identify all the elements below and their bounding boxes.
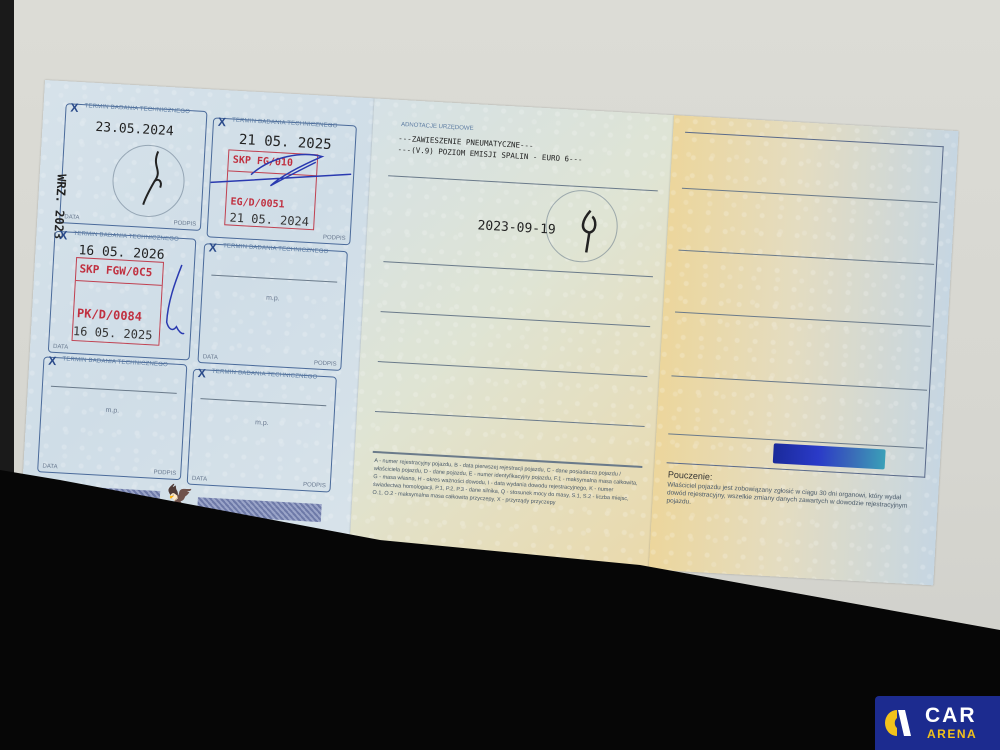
signature-icon [210, 142, 355, 200]
stamp-station-code: SKP FGW/0C5 [79, 262, 152, 279]
mp-label: m.p. [266, 295, 280, 303]
stamp-date: 16 05. 2025 [73, 324, 153, 342]
inspection-box-4: X TERMIN BADANIA TECHNICZNEGO m.p. DATA … [197, 243, 347, 371]
data-label: DATA [42, 463, 57, 470]
signature-icon [574, 206, 607, 258]
x-mark: X [48, 354, 57, 368]
stamp-date: 21 05. 2024 [229, 211, 309, 229]
podpis-label: PODPIS [314, 360, 337, 367]
inspection-box-1: X TERMIN BADANIA TECHNICZNEGO 23.05.2024… [59, 103, 207, 231]
inspection-box-2: X TERMIN BADANIA TECHNICZNEGO 21 05. 202… [206, 117, 356, 245]
car-arena-logo-icon [885, 708, 911, 738]
left-edge-shadow [0, 0, 14, 480]
podpis-label: PODPIS [323, 235, 346, 242]
logo-text-car: CAR [925, 704, 977, 728]
logo-text-arena: ARENA [927, 727, 977, 741]
signature-icon [139, 147, 172, 209]
x-mark: X [59, 228, 68, 242]
mp-label: m.p. [105, 406, 119, 414]
middle-page: ADNOTACJE URZĘDOWE ---ZAWIESZENIE PNEUMA… [349, 98, 674, 569]
left-page: X TERMIN BADANIA TECHNICZNEGO 23.05.2024… [20, 80, 375, 553]
podpis-label: PODPIS [153, 470, 176, 477]
data-label: DATA [203, 354, 218, 361]
x-mark: X [70, 100, 79, 114]
right-page: Pouczenie: Właściciel pojazdu jest zobow… [649, 115, 959, 585]
stamp-diagnostician-code: EG/D/0051 [230, 197, 285, 211]
inspection-date: 23.05.2024 [95, 120, 174, 139]
x-mark: X [209, 240, 218, 254]
data-label: DATA [64, 214, 79, 221]
x-mark: X [197, 366, 206, 380]
inspection-box-6: X TERMIN BADANIA TECHNICZNEGO m.p. DATA … [187, 369, 337, 493]
mp-label: m.p. [255, 419, 269, 427]
stamp-diagnostician-code: PK/D/0084 [77, 306, 143, 324]
data-label: DATA [53, 344, 68, 351]
x-mark: X [218, 115, 227, 129]
car-arena-logo: CAR ARENA [875, 696, 1000, 750]
signature-icon [158, 262, 192, 344]
skp-stamp: SKP FGW/0C5 PK/D/0084 16 05. 2025 [71, 257, 164, 346]
right-page-frame [667, 132, 944, 478]
podpis-label: PODPIS [303, 482, 326, 489]
data-label: DATA [192, 476, 207, 483]
inspection-box-5: X TERMIN BADANIA TECHNICZNEGO m.p. DATA … [37, 356, 187, 480]
podpis-label: PODPIS [173, 220, 196, 227]
inspection-box-3: X TERMIN BADANIA TECHNICZNEGO 16 05. 202… [48, 231, 197, 361]
